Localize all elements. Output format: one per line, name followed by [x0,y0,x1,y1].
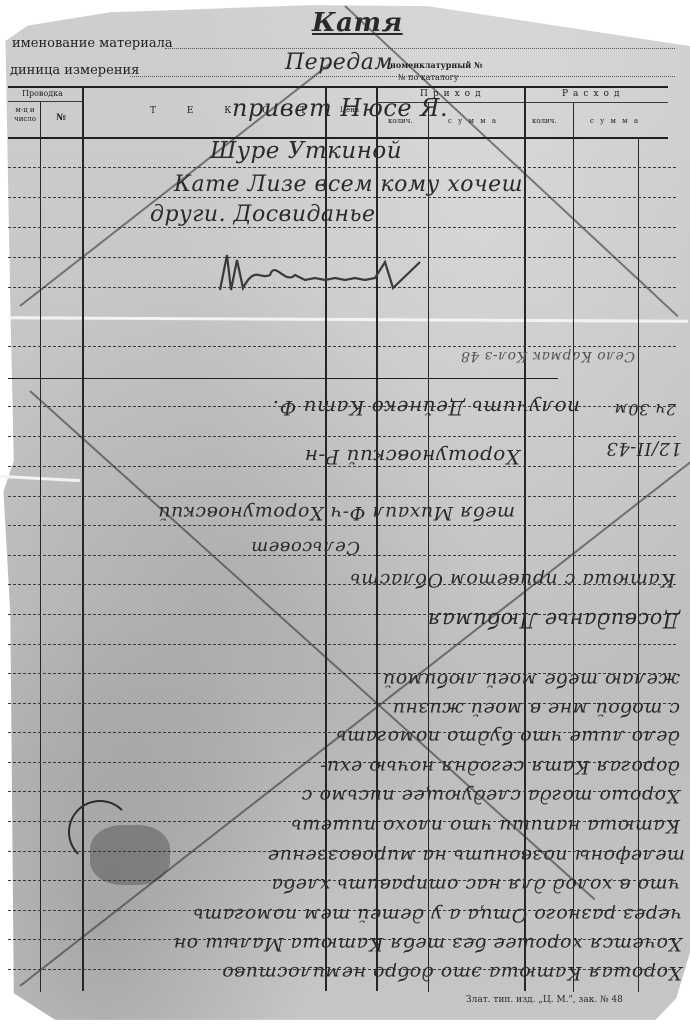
letter-line: телефоны позвонить на мировоззение [267,845,685,867]
address-line: Сельсовет [251,537,360,558]
address-line: Село Кармак Кол-з 48 [460,348,635,364]
stamp-smudge [90,825,170,885]
address-line: Хорошуновский Р-н [304,445,520,469]
letter-line: Досвиданье Любимая [427,608,680,632]
letter-line: дело лише что будто помогать [336,726,680,748]
letter-line: с тобой мне в моей жизни [392,698,680,720]
letter-line: Хочется хорошее без тебя Катюша Малыш он [173,933,682,955]
letter-line: через разного Отца а у детей тем помогат… [193,904,682,926]
letter-line: что в холод для нас отправить хлеба [271,874,680,896]
address-line: тебя Михаил Ф-ч Хорошуновский [158,502,515,524]
letter-line: желаю тебе моей любимой [383,669,680,691]
address-line: получить Дейнеко Кати Ф. [272,396,580,420]
printer-mark: Злат. тип. изд. „Ц. М.", зак. № 48 [466,995,623,1005]
letter-line: Катюша напиши что плохо пишешь [291,815,680,837]
postmark-time: 2ч 30м [614,400,676,419]
address-line: Катюша с приветом Область [350,569,675,591]
postmark-date: 12/II-43 [606,438,682,459]
letter-line: дорогая Катя сегодня ночью ехи- [320,756,680,778]
letter-line: Хорошая Катюша это добро немилостиво [222,962,682,984]
letter-line: Хорошо тогда следующее письмо с [301,785,680,807]
